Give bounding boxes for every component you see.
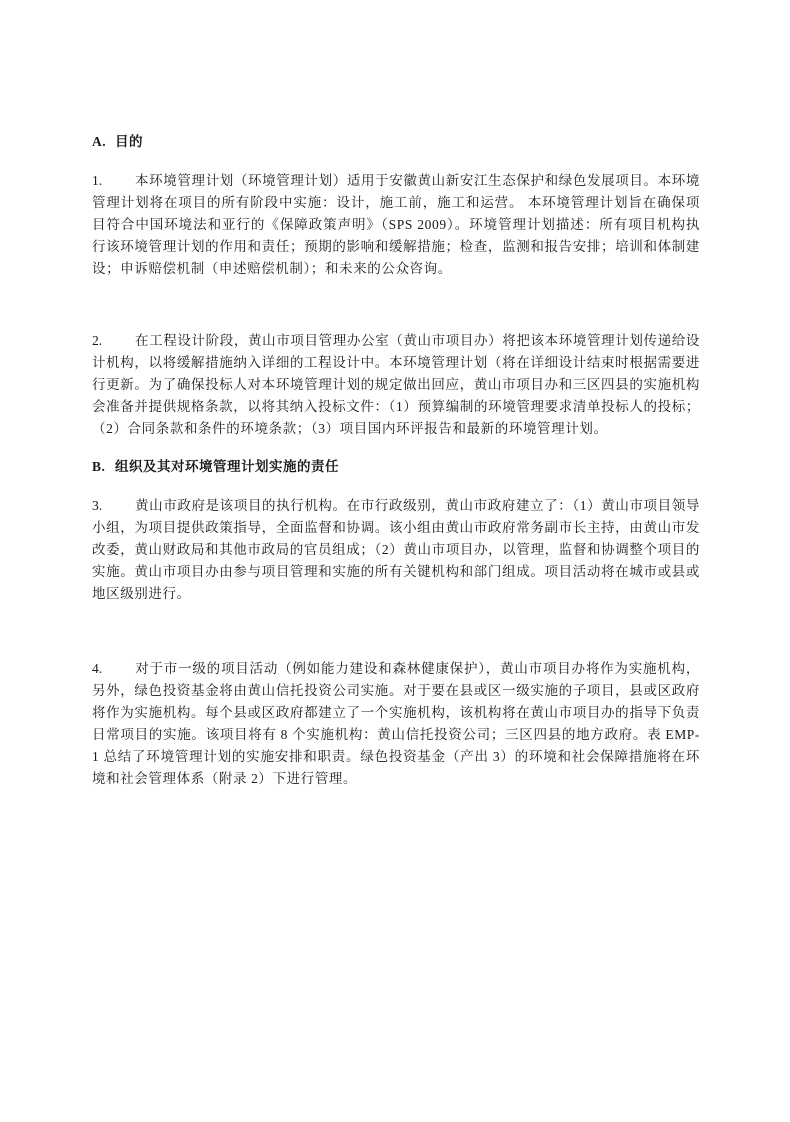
document-page: A.目的1.本环境管理计划（环境管理计划）适用于安徽黄山新安江生态保护和绿色发展… [0,0,790,1122]
section-letter: A. [92,131,115,153]
section-title: 组织及其对环境管理计划实施的责任 [115,459,339,474]
paragraph-number: 2. [92,330,135,352]
paragraph: 1.本环境管理计划（环境管理计划）适用于安徽黄山新安江生态保护和绿色发展项目。本… [92,170,700,280]
paragraph-text: 对于市一级的项目活动（例如能力建设和森林健康保护），黄山市项目办将作为实施机构，… [92,661,700,786]
paragraph: 3.黄山市政府是该项目的执行机构。在市行政级别，黄山市政府建立了：（1）黄山市项… [92,495,700,605]
paragraph-text: 黄山市政府是该项目的执行机构。在市行政级别，黄山市政府建立了：（1）黄山市项目领… [92,498,700,601]
section-heading: B.组织及其对环境管理计划实施的责任 [92,456,700,478]
paragraph-number: 1. [92,170,135,192]
paragraph: 4.对于市一级的项目活动（例如能力建设和森林健康保护），黄山市项目办将作为实施机… [92,658,700,790]
paragraph-text: 在工程设计阶段，黄山市项目管理办公室（黄山市项目办）将把该本环境管理计划传递给设… [92,333,700,436]
section-heading: A.目的 [92,131,700,153]
document-body: A.目的1.本环境管理计划（环境管理计划）适用于安徽黄山新安江生态保护和绿色发展… [92,131,700,790]
paragraph-number: 4. [92,658,135,680]
paragraph-text: 本环境管理计划（环境管理计划）适用于安徽黄山新安江生态保护和绿色发展项目。本环境… [92,173,700,276]
section-letter: B. [92,456,115,478]
paragraph-number: 3. [92,495,135,517]
section-title: 目的 [115,134,143,149]
paragraph: 2.在工程设计阶段，黄山市项目管理办公室（黄山市项目办）将把该本环境管理计划传递… [92,330,700,440]
